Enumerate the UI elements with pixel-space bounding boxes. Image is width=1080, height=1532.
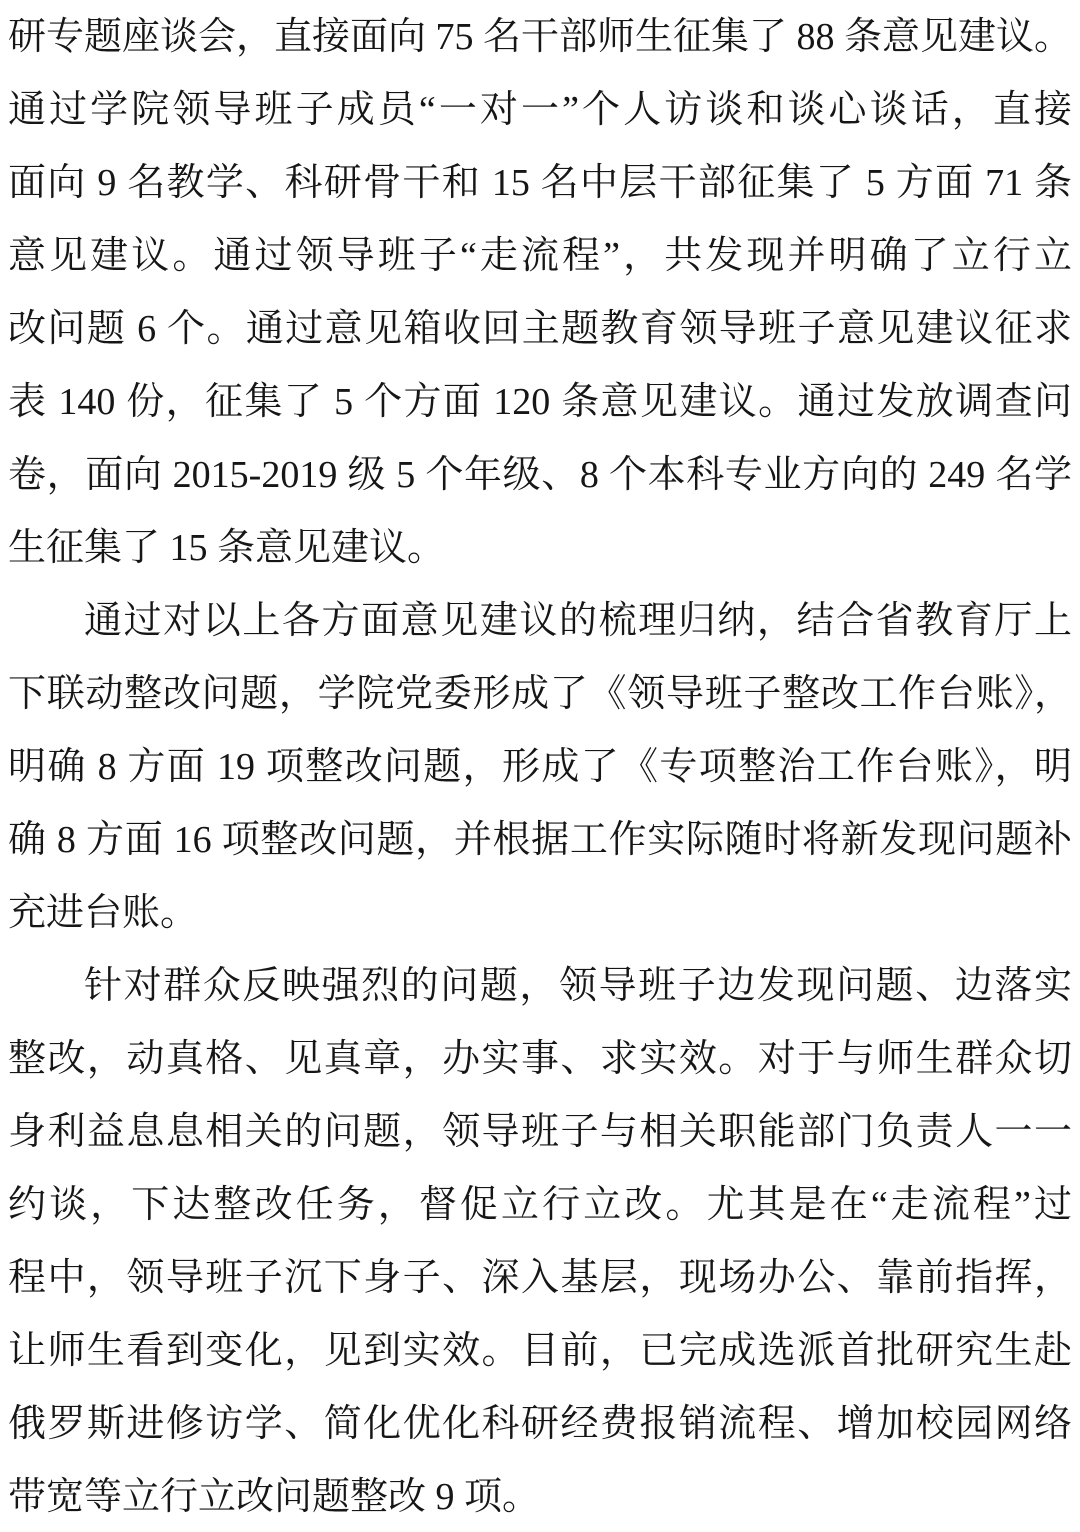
text-line: 面向 9 名教学、科研骨干和 15 名中层干部征集了 5 方面 71 条 xyxy=(0,147,1080,220)
text-line: 程中，领导班子沉下身子、深入基层，现场办公、靠前指挥， xyxy=(0,1242,1080,1315)
text-line: 明确 8 方面 19 项整改问题，形成了《专项整治工作台账》，明 xyxy=(0,731,1080,804)
text-line: 下联动整改问题，学院党委形成了《领导班子整改工作台账》， xyxy=(0,658,1080,731)
text-line: 通过学院领导班子成员“一对一”个人访谈和谈心谈话，直接 xyxy=(0,74,1080,147)
text-line: 研专题座谈会，直接面向 75 名干部师生征集了 88 条意见建议。 xyxy=(0,1,1080,74)
text-line: 约谈，下达整改任务，督促立行立改。尤其是在“走流程”过 xyxy=(0,1169,1080,1242)
document-page: 研专题座谈会，直接面向 75 名干部师生征集了 88 条意见建议。通过学院领导班… xyxy=(0,0,1080,1532)
text-line: 充进台账。 xyxy=(0,877,1080,950)
text-line: 改问题 6 个。通过意见箱收回主题教育领导班子意见建议征求 xyxy=(0,293,1080,366)
text-line: 针对群众反映强烈的问题，领导班子边发现问题、边落实 xyxy=(0,950,1080,1023)
text-line: 确 8 方面 16 项整改问题，并根据工作实际随时将新发现问题补 xyxy=(0,804,1080,877)
text-line: 卷，面向 2015-2019 级 5 个年级、8 个本科专业方向的 249 名学 xyxy=(0,439,1080,512)
text-line: 生征集了 15 条意见建议。 xyxy=(0,512,1080,585)
text-line: 让师生看到变化，见到实效。目前，已完成选派首批研究生赴 xyxy=(0,1315,1080,1388)
text-line: 通过对以上各方面意见建议的梳理归纳，结合省教育厅上 xyxy=(0,585,1080,658)
text-line: 俄罗斯进修访学、简化优化科研经费报销流程、增加校园网络 xyxy=(0,1388,1080,1461)
text-line: 表 140 份，征集了 5 个方面 120 条意见建议。通过发放调查问 xyxy=(0,366,1080,439)
text-line: 意见建议。通过领导班子“走流程”，共发现并明确了立行立 xyxy=(0,220,1080,293)
text-line: 带宽等立行立改问题整改 9 项。 xyxy=(0,1461,1080,1532)
text-line: 整改，动真格、见真章，办实事、求实效。对于与师生群众切 xyxy=(0,1023,1080,1096)
text-line: 身利益息息相关的问题，领导班子与相关职能部门负责人一一 xyxy=(0,1096,1080,1169)
document-text: 研专题座谈会，直接面向 75 名干部师生征集了 88 条意见建议。通过学院领导班… xyxy=(0,0,1080,1532)
